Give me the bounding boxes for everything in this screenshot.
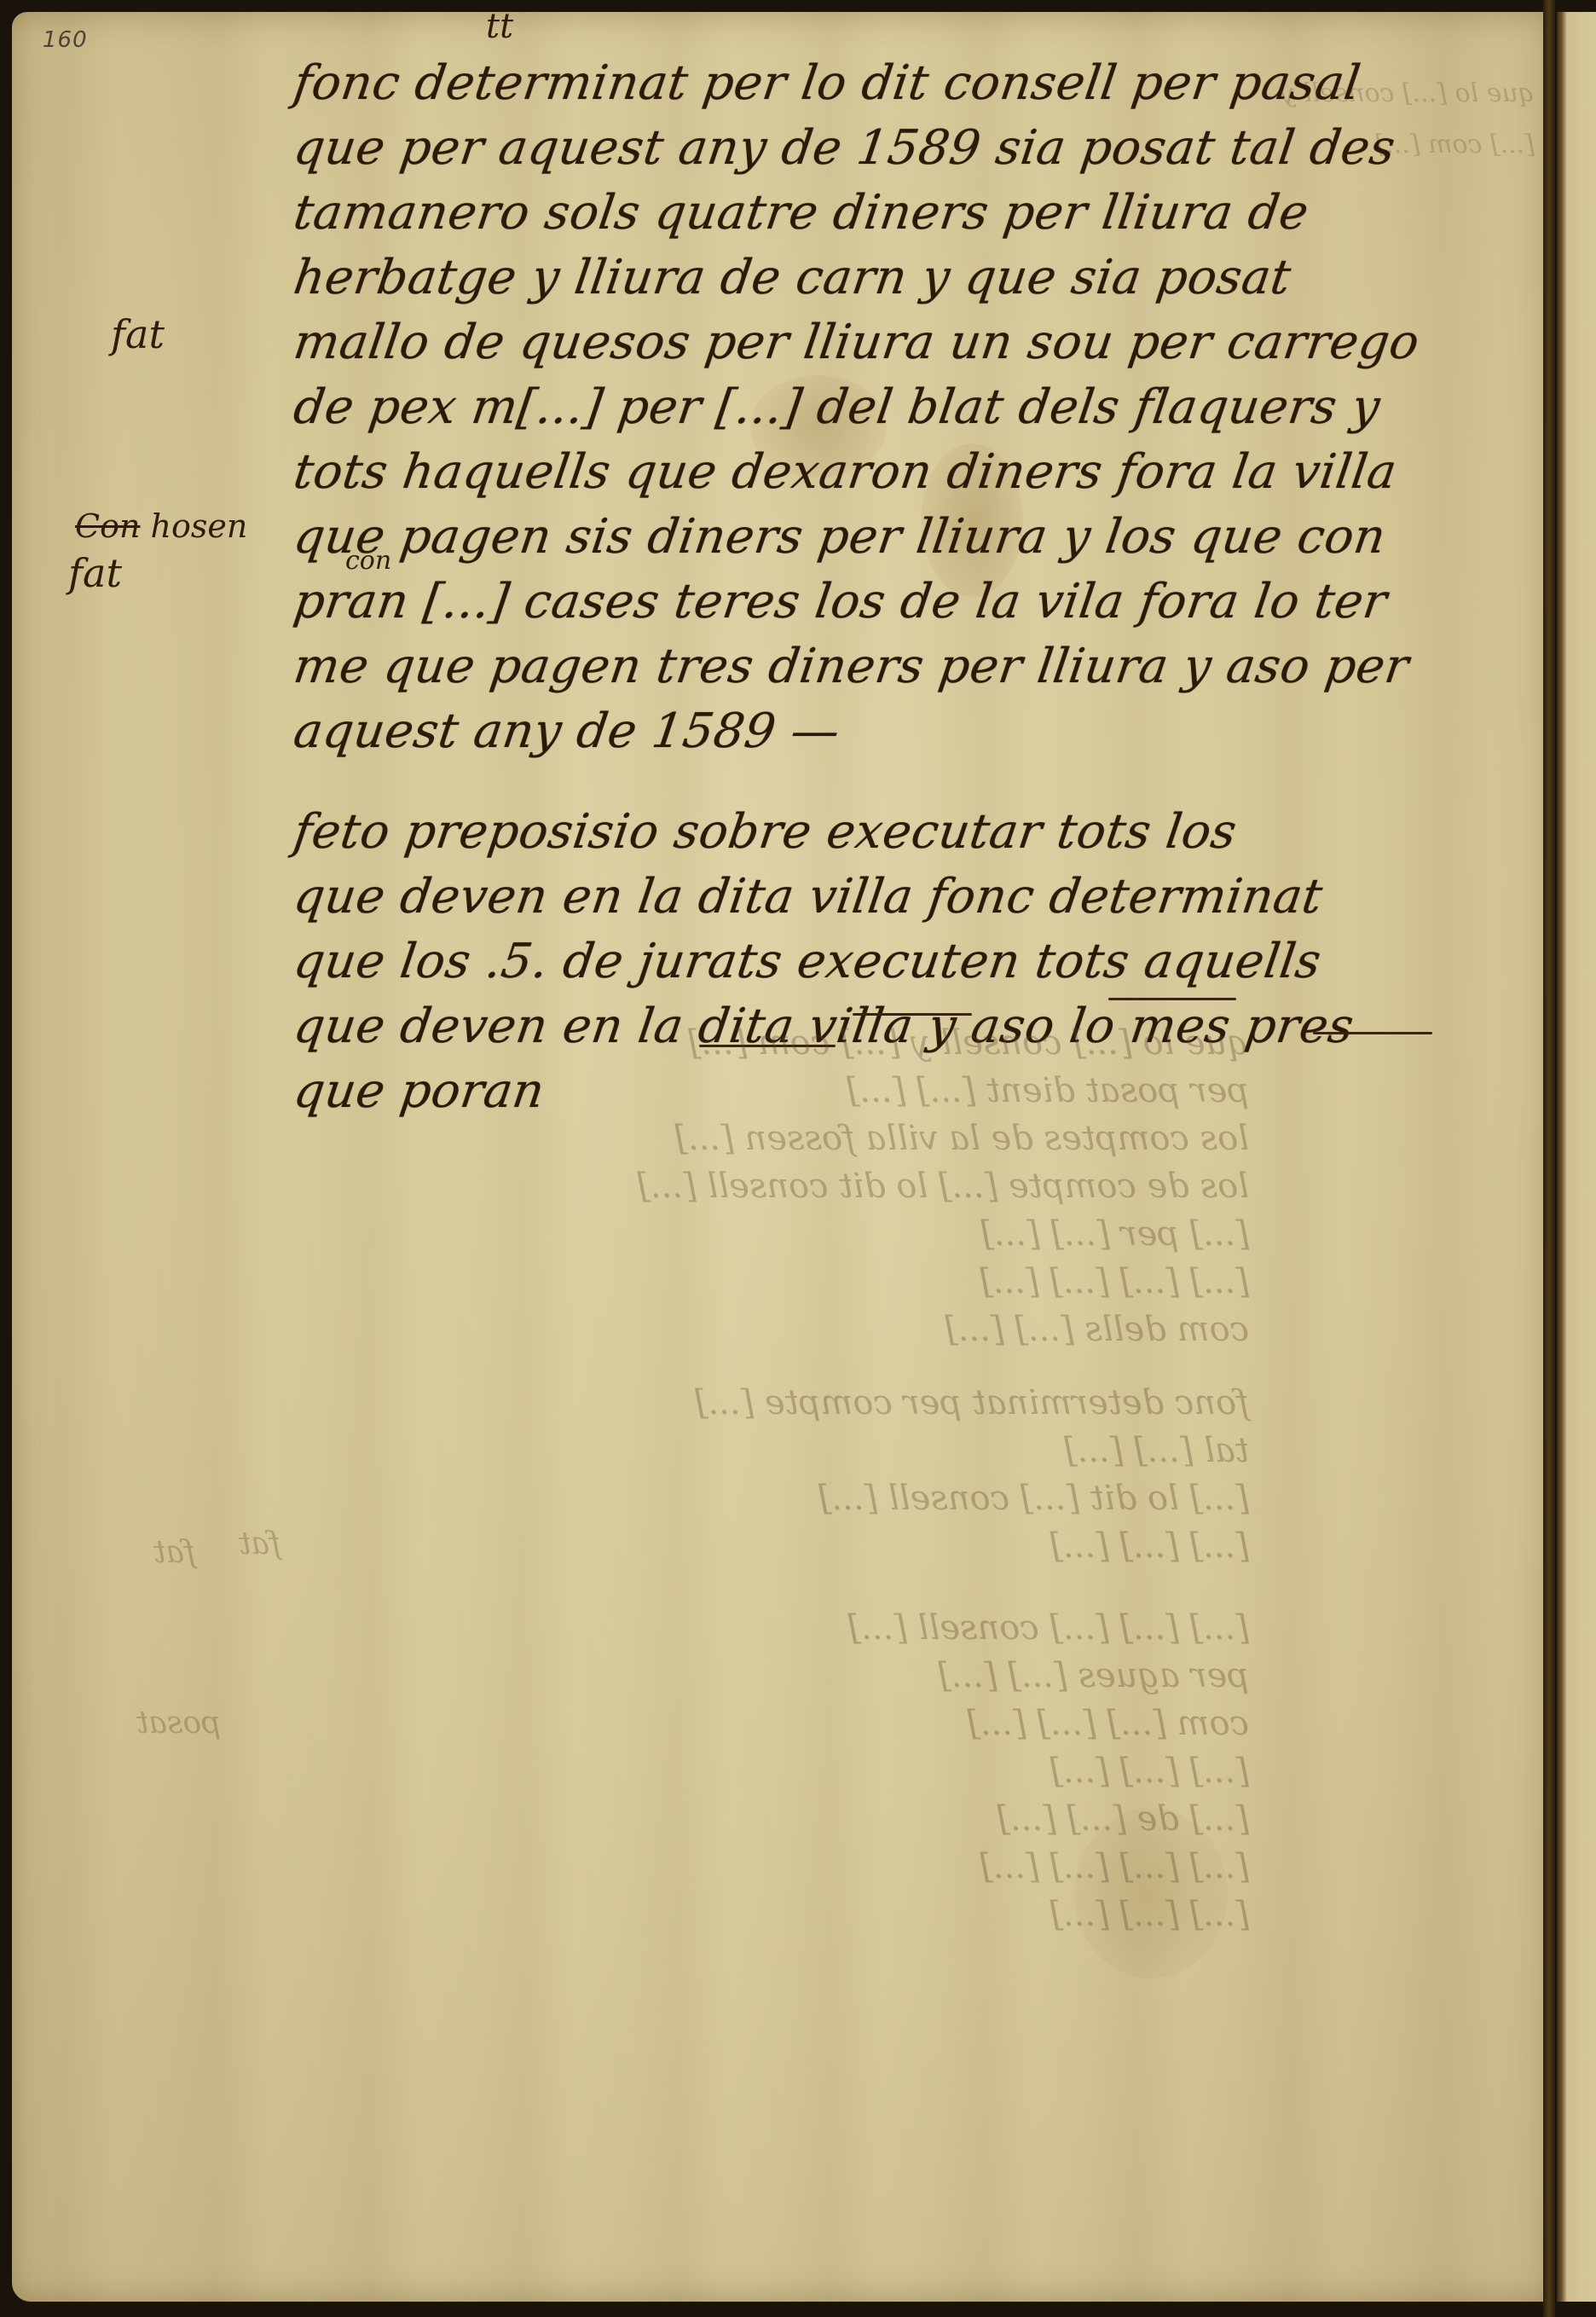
bleed-line: [...] [...] [...]	[294, 1891, 1249, 1938]
margin-word: hosen	[151, 507, 248, 545]
line-filler-rule	[853, 1013, 972, 1016]
margin-note-struck: Con hosen	[75, 507, 247, 545]
bleed-line: com dells [...] [...]	[294, 1306, 1249, 1353]
bleed-line: tal [...] [...]	[294, 1427, 1249, 1474]
binding-fold	[1543, 0, 1555, 2317]
text-line: de pex m[...] per [...] del blat dels fl…	[290, 375, 1510, 440]
text-line: aquest any de 1589 —	[290, 699, 1510, 764]
bleed-line: com [...] [...] [...]	[294, 1700, 1249, 1747]
text-line: mallo de quesos per lliura un sou per ca…	[290, 310, 1510, 375]
bleed-line: [...] [...] [...]	[294, 1747, 1249, 1795]
interlinear-insertion: con	[345, 546, 391, 576]
text-line: que per aquest any de 1589 sia posat tal…	[290, 116, 1510, 181]
bleed-line: [...] per [...] [...]	[294, 1210, 1249, 1258]
struck-word: Con	[75, 507, 140, 545]
text-line: herbatge y lliura de carn y que sia posa…	[290, 246, 1510, 310]
bleed-line: [...] de [...] [...]	[294, 1795, 1249, 1843]
text-line: fonc determinat per lo dit consell per p…	[290, 51, 1510, 116]
bleed-through-text: que lo [...] consell y [...] com [...] p…	[294, 1019, 1249, 1938]
text-line: feto preposisio sobre executar tots los	[290, 800, 1510, 865]
margin-note: fat	[68, 550, 122, 596]
line-filler-rule	[1108, 998, 1236, 1000]
bleed-line: per posat dient [...] [...]	[294, 1067, 1249, 1115]
bleed-line: los comptes de la villa fossen [...]	[294, 1115, 1249, 1162]
bleed-margin-note: fat	[239, 1526, 280, 1561]
text-line: pran [...] cases teres los de la vila fo…	[290, 570, 1510, 634]
text-line: que pagen sis diners per lliura y los qu…	[290, 505, 1510, 570]
text-line: tamanero sols quatre diners per lliura d…	[290, 181, 1510, 246]
interlinear-insertion: tt	[486, 7, 513, 46]
bleed-margin-note: posat	[136, 1706, 221, 1741]
facing-page-edge	[1557, 12, 1596, 2302]
text-line: tots haquells que dexaron diners fora la…	[290, 440, 1510, 505]
bleed-line: [...] [...] [...] consell [...]	[294, 1604, 1249, 1652]
text-line: que deven en la dita villa fonc determin…	[290, 865, 1510, 930]
text-line: que los .5. de jurats executen tots aque…	[290, 930, 1510, 994]
main-text-block: fonc determinat per lo dit consell per p…	[294, 51, 1505, 1124]
bleed-line: per agues [...] [...]	[294, 1652, 1249, 1700]
bleed-line: [...] [...] [...] [...]	[294, 1843, 1249, 1891]
bleed-line: los de compte [...] lo dit consell [...]	[294, 1162, 1249, 1210]
bleed-line: fonc determinat per compte [...]	[294, 1379, 1249, 1427]
bleed-line: [...] [...] [...]	[294, 1522, 1249, 1570]
folio-number: 160	[43, 27, 88, 53]
text-line: me que pagen tres diners per lliura y as…	[290, 634, 1510, 699]
paragraph-1: fonc determinat per lo dit consell per p…	[294, 51, 1505, 764]
bleed-line: que lo [...] consell y [...] com [...]	[294, 1019, 1249, 1067]
bleed-line: [...] lo dit [...] consell [...]	[294, 1474, 1249, 1522]
margin-note: fat	[111, 311, 165, 357]
line-filler-rule	[1313, 1032, 1432, 1034]
bleed-line: [...] [...] [...] [...]	[294, 1258, 1249, 1306]
bleed-margin-note: fat	[153, 1535, 195, 1570]
